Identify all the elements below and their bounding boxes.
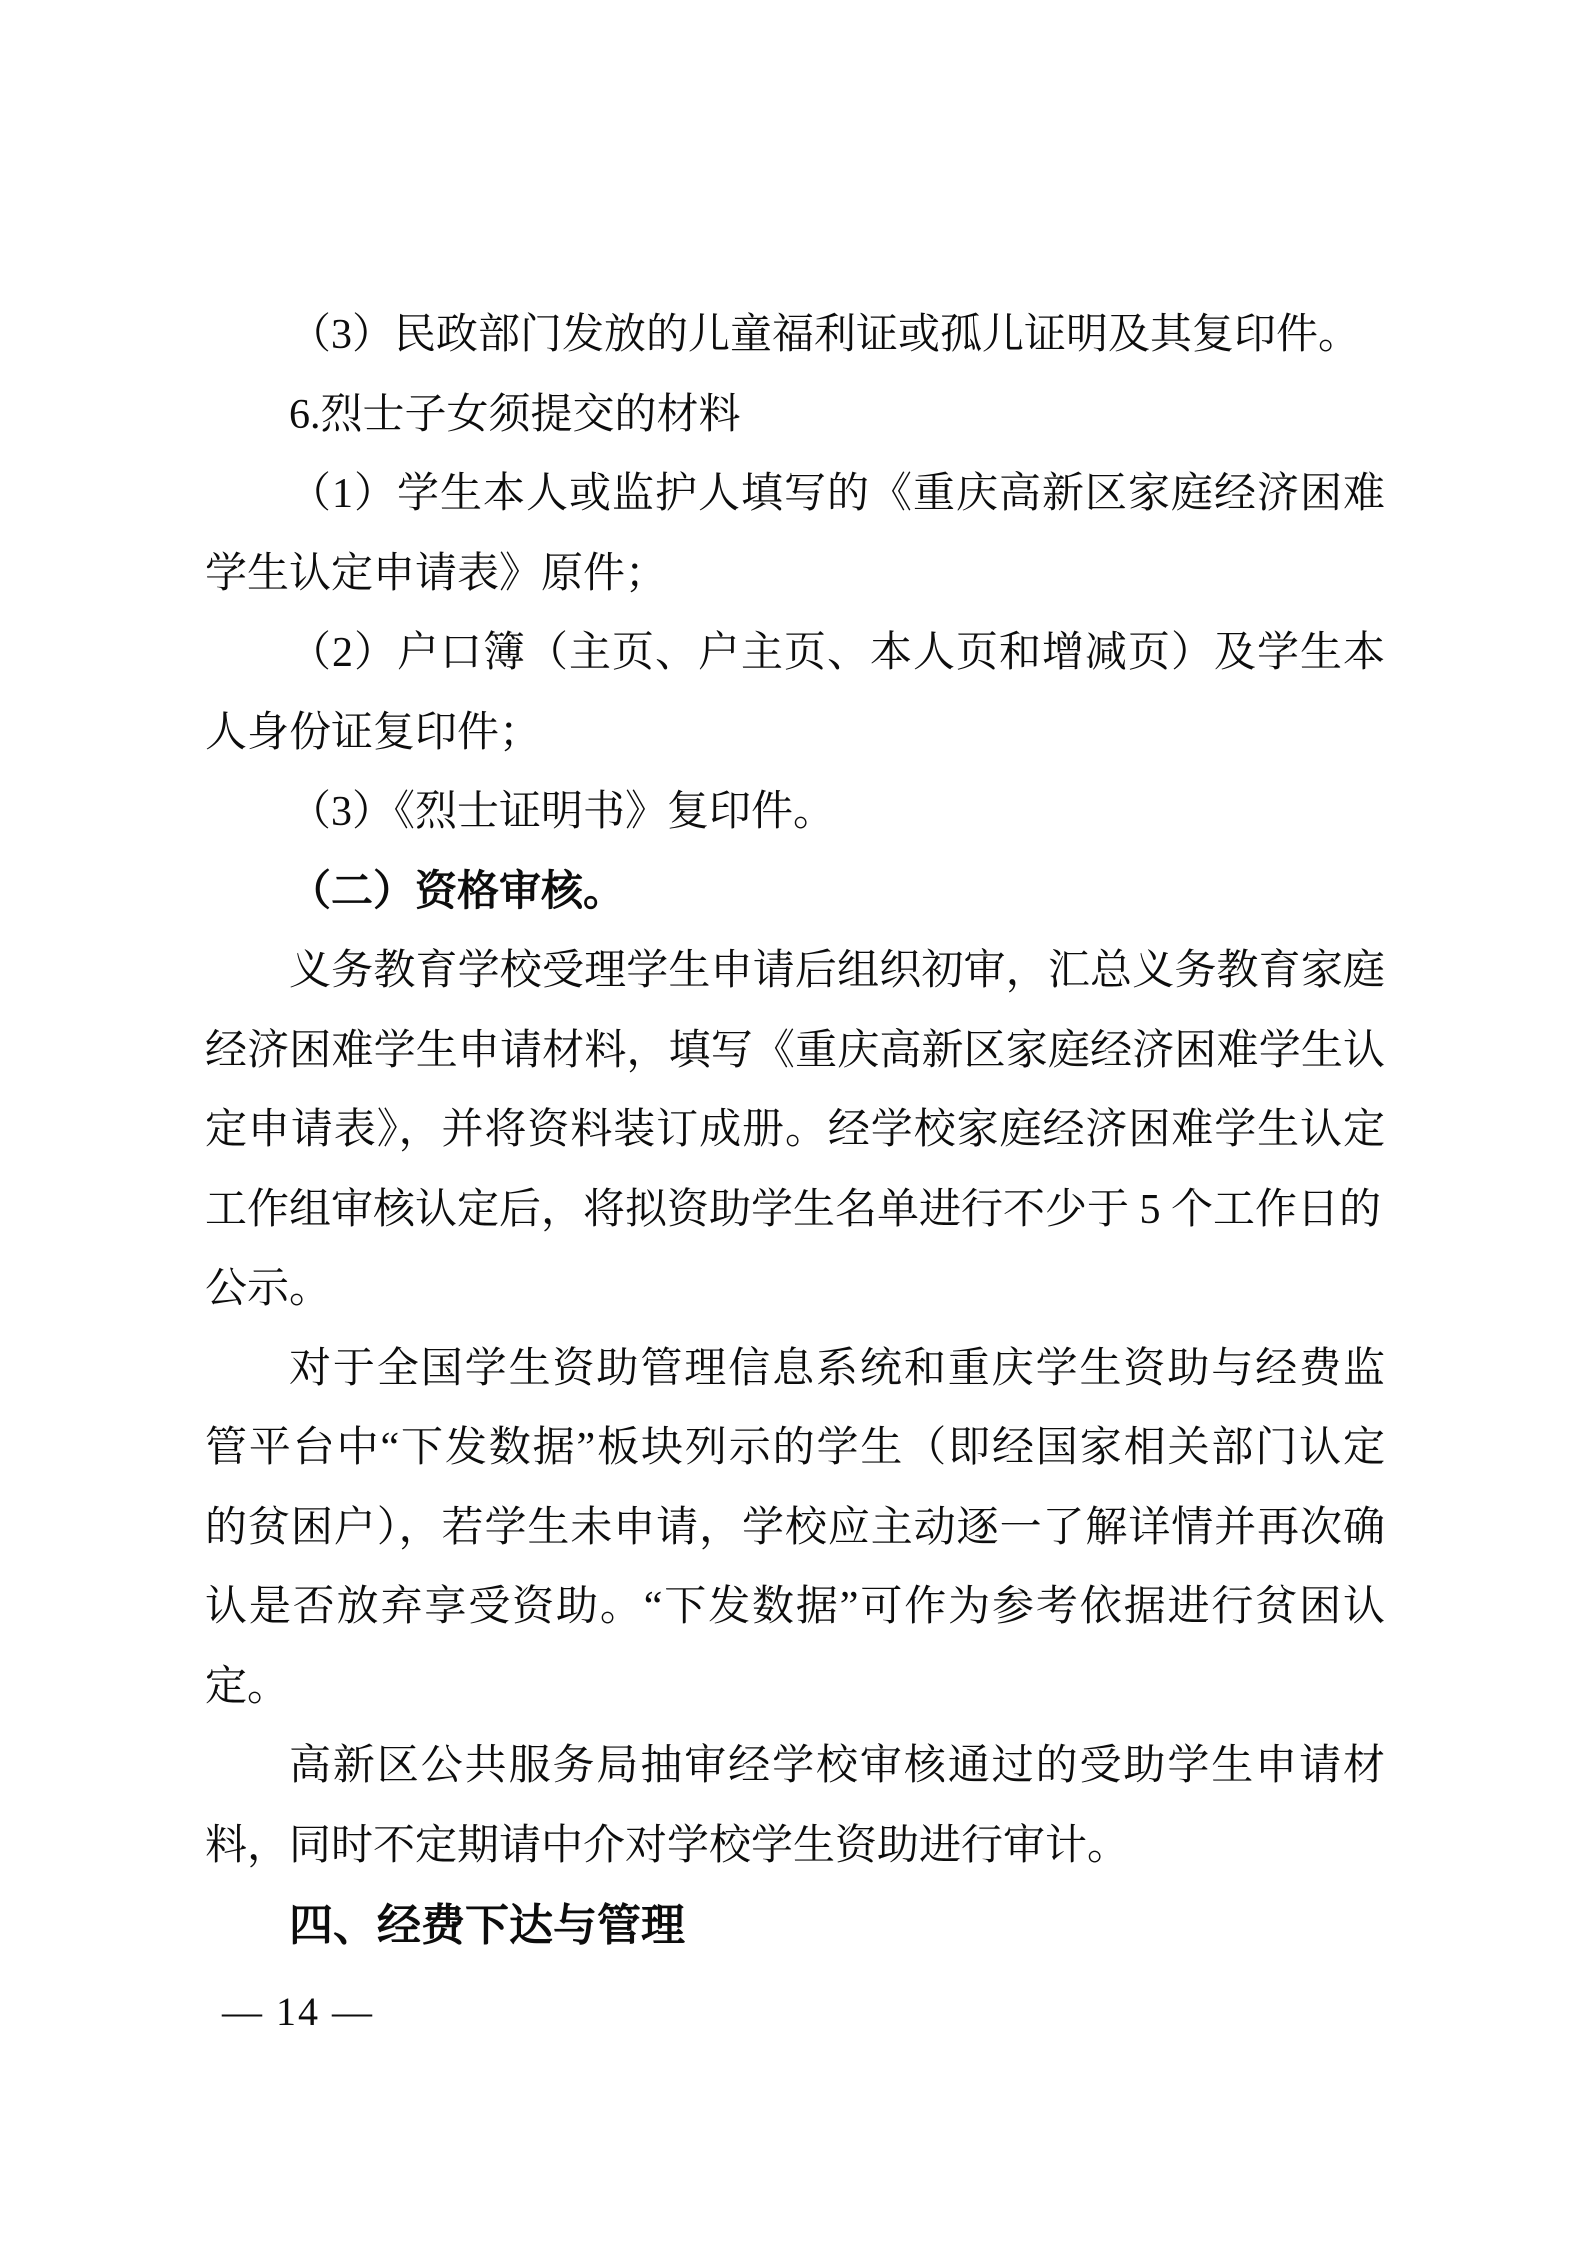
text-line: （3）民政部门发放的儿童福利证或孤儿证明及其复印件。 — [205, 296, 1385, 376]
text-line: 高新区公共服务局抽审经学校审核通过的受助学生申请材 — [205, 1727, 1385, 1807]
text-line: 定申请表》，并将资料装订成册。经学校家庭经济困难学生认定 — [205, 1091, 1385, 1171]
document-page: （3）民政部门发放的儿童福利证或孤儿证明及其复印件。 6.烈士子女须提交的材料 … — [0, 0, 1587, 2245]
text-line: 的贫困户），若学生未申请，学校应主动逐一了解详情并再次确 — [205, 1489, 1385, 1569]
text-line: （1）学生本人或监护人填写的《重庆高新区家庭经济困难 — [205, 455, 1385, 535]
text-line: （2）户口簿（主页、户主页、本人页和增减页）及学生本 — [205, 614, 1385, 694]
document-body: （3）民政部门发放的儿童福利证或孤儿证明及其复印件。 6.烈士子女须提交的材料 … — [205, 296, 1385, 1966]
section-heading: 四、经费下达与管理 — [205, 1886, 1385, 1966]
text-line: 对于全国学生资助管理信息系统和重庆学生资助与经费监 — [205, 1330, 1385, 1410]
text-line: 管平台中“下发数据”板块列示的学生（即经国家相关部门认定 — [205, 1409, 1385, 1489]
page-number: — 14 — — [222, 1990, 374, 2034]
text-line: 学生认定申请表》原件； — [205, 535, 1385, 615]
text-line: 经济困难学生申请材料，填写《重庆高新区家庭经济困难学生认 — [205, 1012, 1385, 1092]
text-line: （3）《烈士证明书》复印件。 — [205, 773, 1385, 853]
subsection-heading: （二）资格审核。 — [205, 853, 1385, 933]
text-line: 义务教育学校受理学生申请后组织初审，汇总义务教育家庭 — [205, 932, 1385, 1012]
text-line: 工作组审核认定后，将拟资助学生名单进行不少于 5 个工作日的 — [205, 1171, 1385, 1251]
text-line: 料，同时不定期请中介对学校学生资助进行审计。 — [205, 1807, 1385, 1887]
text-line: 定。 — [205, 1648, 1385, 1728]
text-line: 人身份证复印件； — [205, 694, 1385, 774]
text-line: 6.烈士子女须提交的材料 — [205, 376, 1385, 456]
text-line: 认是否放弃享受资助。“下发数据”可作为参考依据进行贫困认 — [205, 1568, 1385, 1648]
text-line: 公示。 — [205, 1250, 1385, 1330]
